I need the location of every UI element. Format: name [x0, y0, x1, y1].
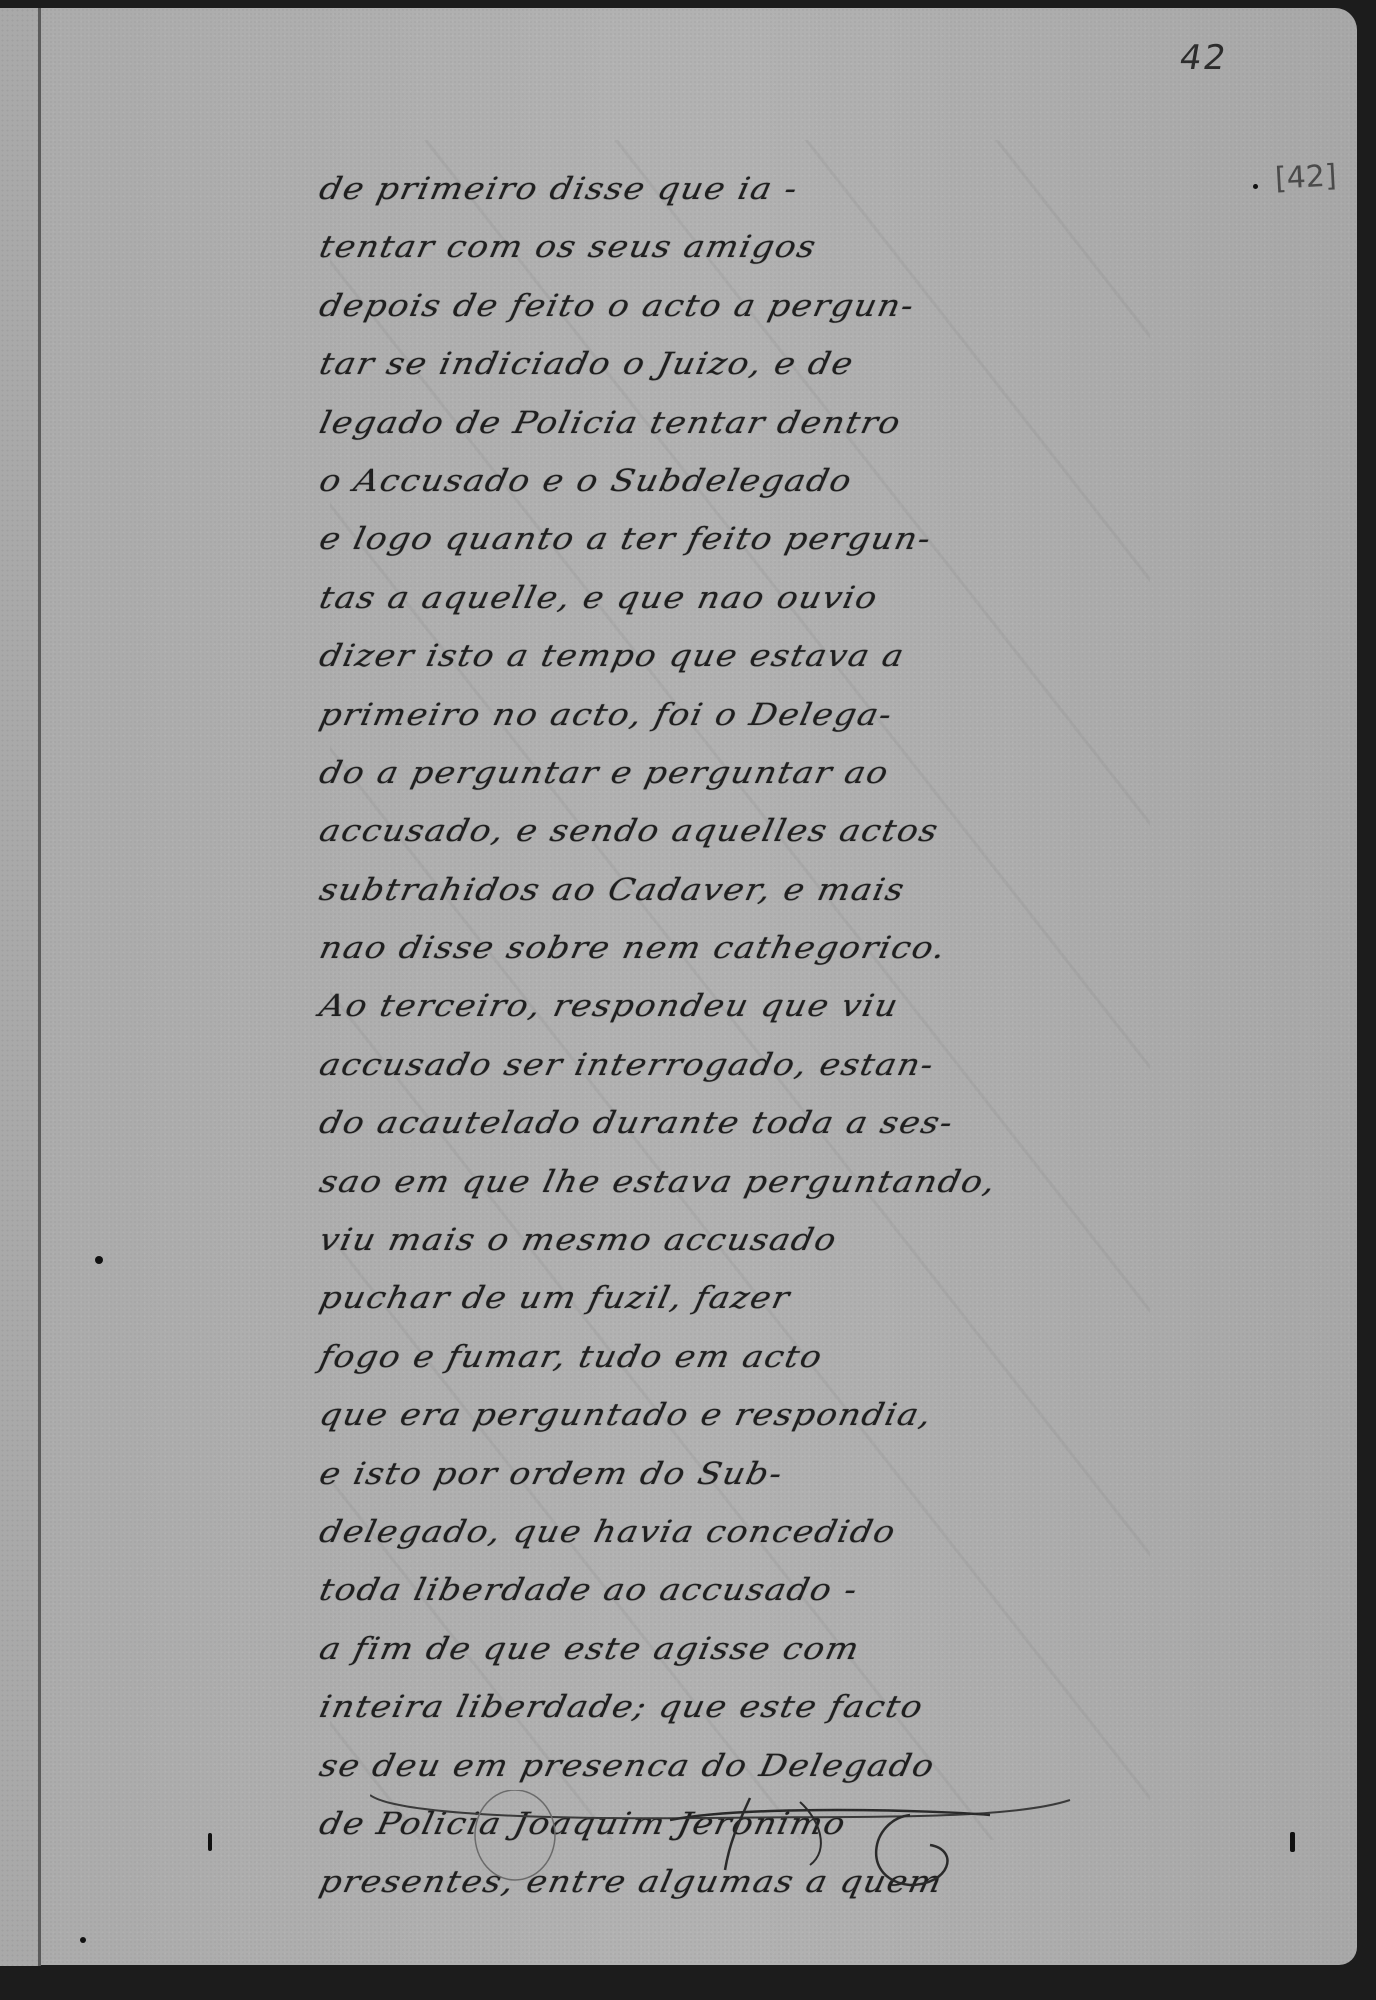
text-line: accusado, e sendo aquelles actos [314, 805, 1125, 858]
text-line: e logo quanto a ter feito pergun- [314, 513, 1125, 566]
text-line: depois de feito o acto a pergun- [314, 280, 1125, 333]
margin-tick [208, 1833, 212, 1851]
text-line: Ao terceiro, respondeu que viu [314, 980, 1125, 1033]
text-line: legado de Policia tentar dentro [314, 396, 1125, 449]
text-line: de primeiro disse que ia - [314, 163, 1125, 216]
text-line: toda liberdade ao accusado - [314, 1564, 1125, 1617]
text-line: delegado, que havia concedido [314, 1506, 1125, 1559]
text-line: subtrahidos ao Cadaver, e mais [314, 864, 1125, 917]
text-line: do a perguntar e perguntar ao [314, 747, 1125, 800]
text-line: do acautelado durante toda a ses- [314, 1097, 1125, 1150]
margin-dot [80, 1937, 86, 1943]
text-line: accusado ser interrogado, estan- [314, 1039, 1125, 1092]
text-line: nao disse sobre nem cathegorico. [314, 922, 1125, 975]
text-line: o Accusado e o Subdelegado [314, 455, 1125, 508]
text-line: fogo e fumar, tudo em acto [314, 1331, 1125, 1384]
text-line: tentar com os seus amigos [314, 221, 1125, 274]
text-line: a fim de que este agisse com [314, 1623, 1125, 1676]
text-line: primeiro no acto, foi o Delega- [314, 688, 1125, 741]
text-line: dizer isto a tempo que estava a [314, 630, 1125, 683]
adjacent-page-edge [0, 8, 38, 1966]
margin-dot [1253, 184, 1258, 189]
text-line: tas a aquelle, e que nao ouvio [314, 572, 1125, 625]
text-line: puchar de um fuzil, fazer [314, 1272, 1125, 1325]
text-line: viu mais o mesmo accusado [314, 1214, 1125, 1267]
text-line: inteira liberdade; que este facto [314, 1681, 1125, 1734]
manuscript-text: de primeiro disse que ia - tentar com os… [320, 160, 1120, 1912]
text-line: e isto por ordem do Sub- [314, 1448, 1125, 1501]
signature-flourish [370, 1790, 1170, 1900]
margin-tick [1290, 1832, 1295, 1852]
text-line: se deu em presenca do Delegado [314, 1739, 1125, 1792]
text-line: que era perguntado e respondia, [314, 1389, 1125, 1442]
text-line: tar se indiciado o Juizo, e de [314, 338, 1125, 391]
margin-dot [95, 1256, 103, 1264]
archive-page-number: [42] [1274, 158, 1337, 196]
text-line: sao em que lhe estava perguntando, [314, 1156, 1125, 1209]
page-number: 42 [1176, 38, 1230, 78]
